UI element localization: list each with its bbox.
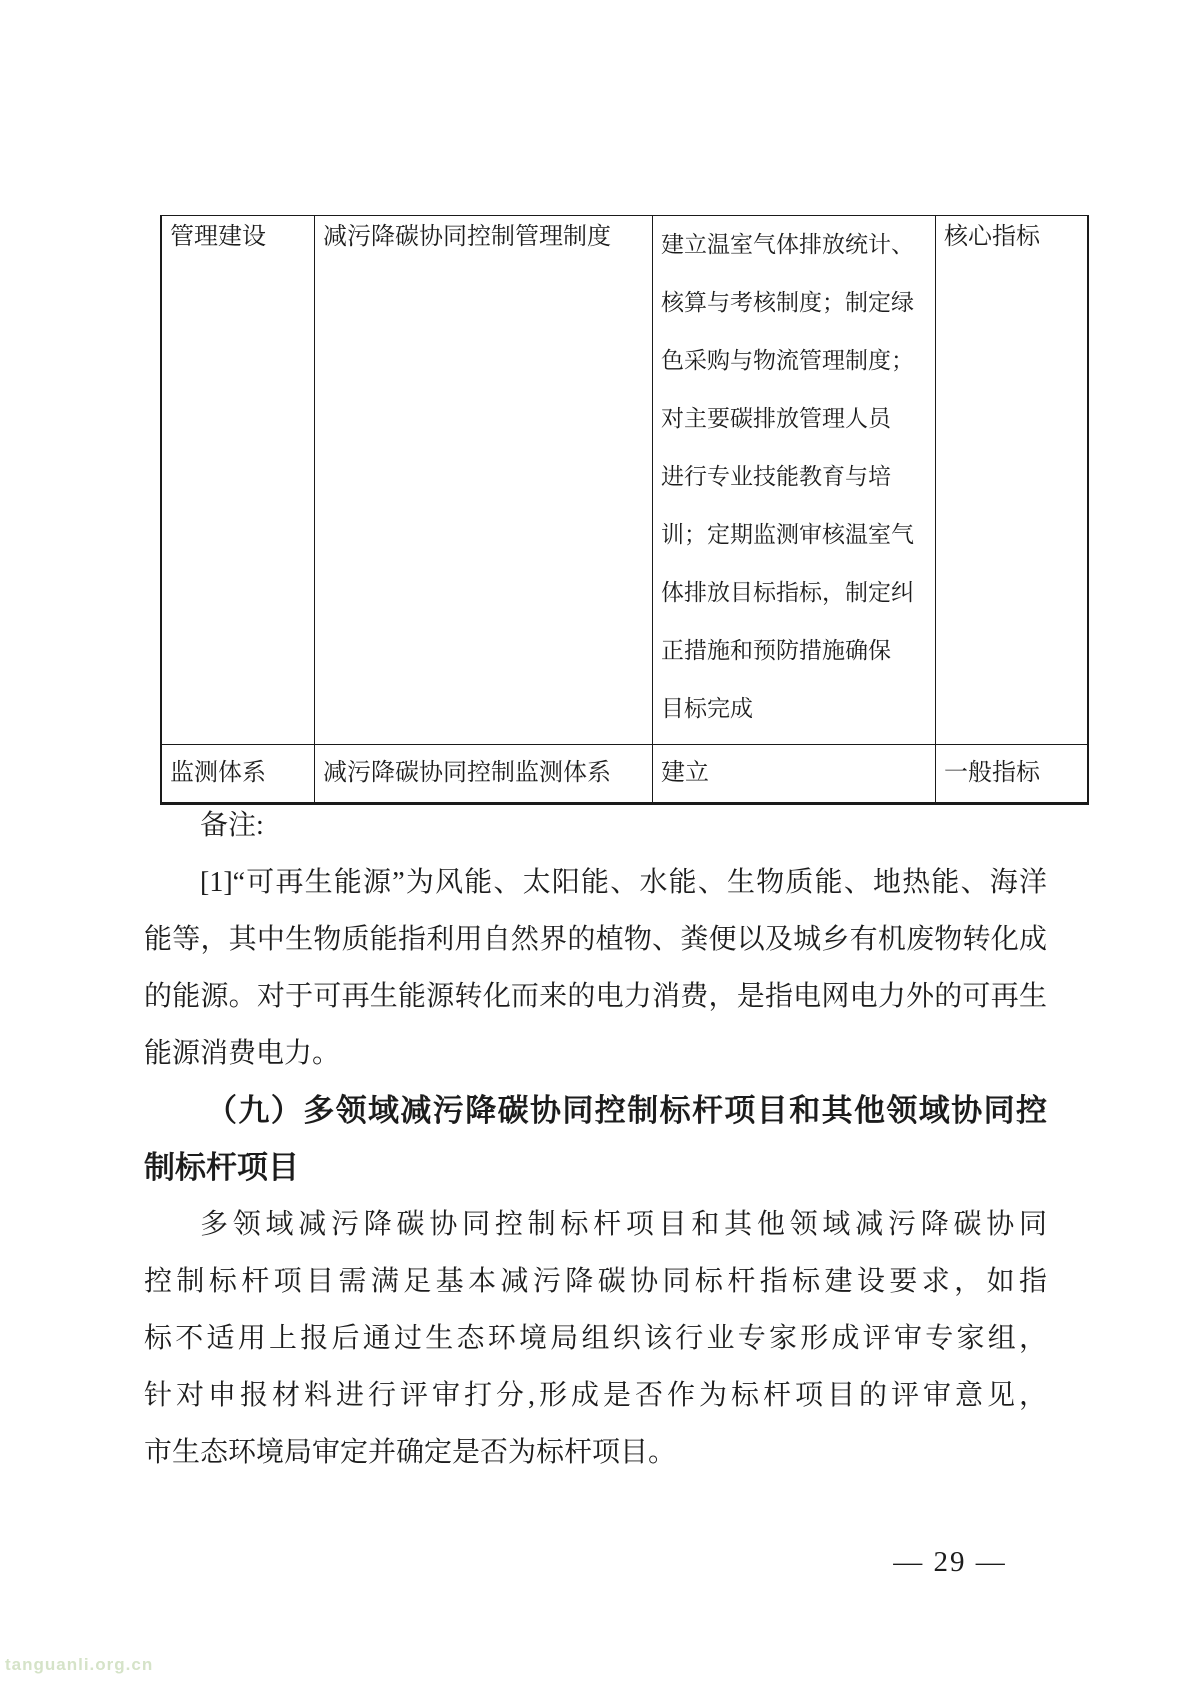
- cell-requirement: 建立温室气体排放统计、 核算与考核制度；制定绿 色采购与物流管理制度； 对主要碳…: [653, 216, 936, 745]
- requirement-line: 建立温室气体排放统计、: [661, 216, 927, 274]
- cell-indicator: 减污降碳协同控制监测体系: [315, 745, 653, 804]
- requirement-line: 体排放目标指标，制定纠: [661, 564, 927, 622]
- watermark-text: tanguanli.org.cn: [5, 1655, 153, 1675]
- requirement-line: 色采购与物流管理制度；: [661, 332, 927, 390]
- requirement-line: 正措施和预防措施确保: [661, 622, 927, 680]
- cell-requirement: 建立: [653, 745, 936, 804]
- notes-label: 备注:: [144, 797, 1047, 854]
- paragraph-line: 标不适用上报后通过生态环境局组织该行业专家形成评审专家组，: [144, 1310, 1047, 1367]
- cell-category: 管理建设: [161, 216, 315, 745]
- requirement-line: 进行专业技能教育与培: [661, 448, 927, 506]
- note-line: 能源消费电力。: [144, 1025, 1047, 1082]
- section-heading: 制标杆项目: [144, 1139, 1047, 1196]
- requirement-line: 目标完成: [661, 680, 927, 738]
- indicator-table: 管理建设 减污降碳协同控制管理制度 建立温室气体排放统计、 核算与考核制度；制定…: [160, 215, 1089, 805]
- cell-category: 监测体系: [161, 745, 315, 804]
- requirement-line: 训；定期监测审核温室气: [661, 506, 927, 564]
- section-heading: （九）多领域减污降碳协同控制标杆项目和其他领域协同控: [144, 1082, 1047, 1139]
- requirement-line: 核算与考核制度；制定绿: [661, 274, 927, 332]
- paragraph-line: 市生态环境局审定并确定是否为标杆项目。: [144, 1424, 1047, 1481]
- cell-level: 核心指标: [936, 216, 1089, 745]
- cell-level: 一般指标: [936, 745, 1089, 804]
- table-row: 管理建设 减污降碳协同控制管理制度 建立温室气体排放统计、 核算与考核制度；制定…: [161, 216, 1088, 745]
- document-page: { "table": { "rows": [ { "category": "管理…: [0, 0, 1190, 1683]
- note-line: 的能源。对于可再生能源转化而来的电力消费，是指电网电力外的可再生: [144, 968, 1047, 1025]
- paragraph-line: 多领域减污降碳协同控制标杆项目和其他领域减污降碳协同: [144, 1196, 1047, 1253]
- table-row: 监测体系 减污降碳协同控制监测体系 建立 一般指标: [161, 745, 1088, 804]
- requirement-line: 对主要碳排放管理人员: [661, 390, 927, 448]
- paragraph-line: 控制标杆项目需满足基本减污降碳协同标杆指标建设要求，如指: [144, 1253, 1047, 1310]
- paragraph-line: 针对申报材料进行评审打分,形成是否作为标杆项目的评审意见，: [144, 1367, 1047, 1424]
- body-text: 备注: [1]“可再生能源”为风能、太阳能、水能、生物质能、地热能、海洋 能等，…: [144, 797, 1047, 1481]
- page-number: — 29 —: [850, 1546, 1050, 1579]
- note-line: 能等，其中生物质能指利用自然界的植物、粪便以及城乡有机废物转化成: [144, 911, 1047, 968]
- note-line: [1]“可再生能源”为风能、太阳能、水能、生物质能、地热能、海洋: [144, 854, 1047, 911]
- cell-indicator: 减污降碳协同控制管理制度: [315, 216, 653, 745]
